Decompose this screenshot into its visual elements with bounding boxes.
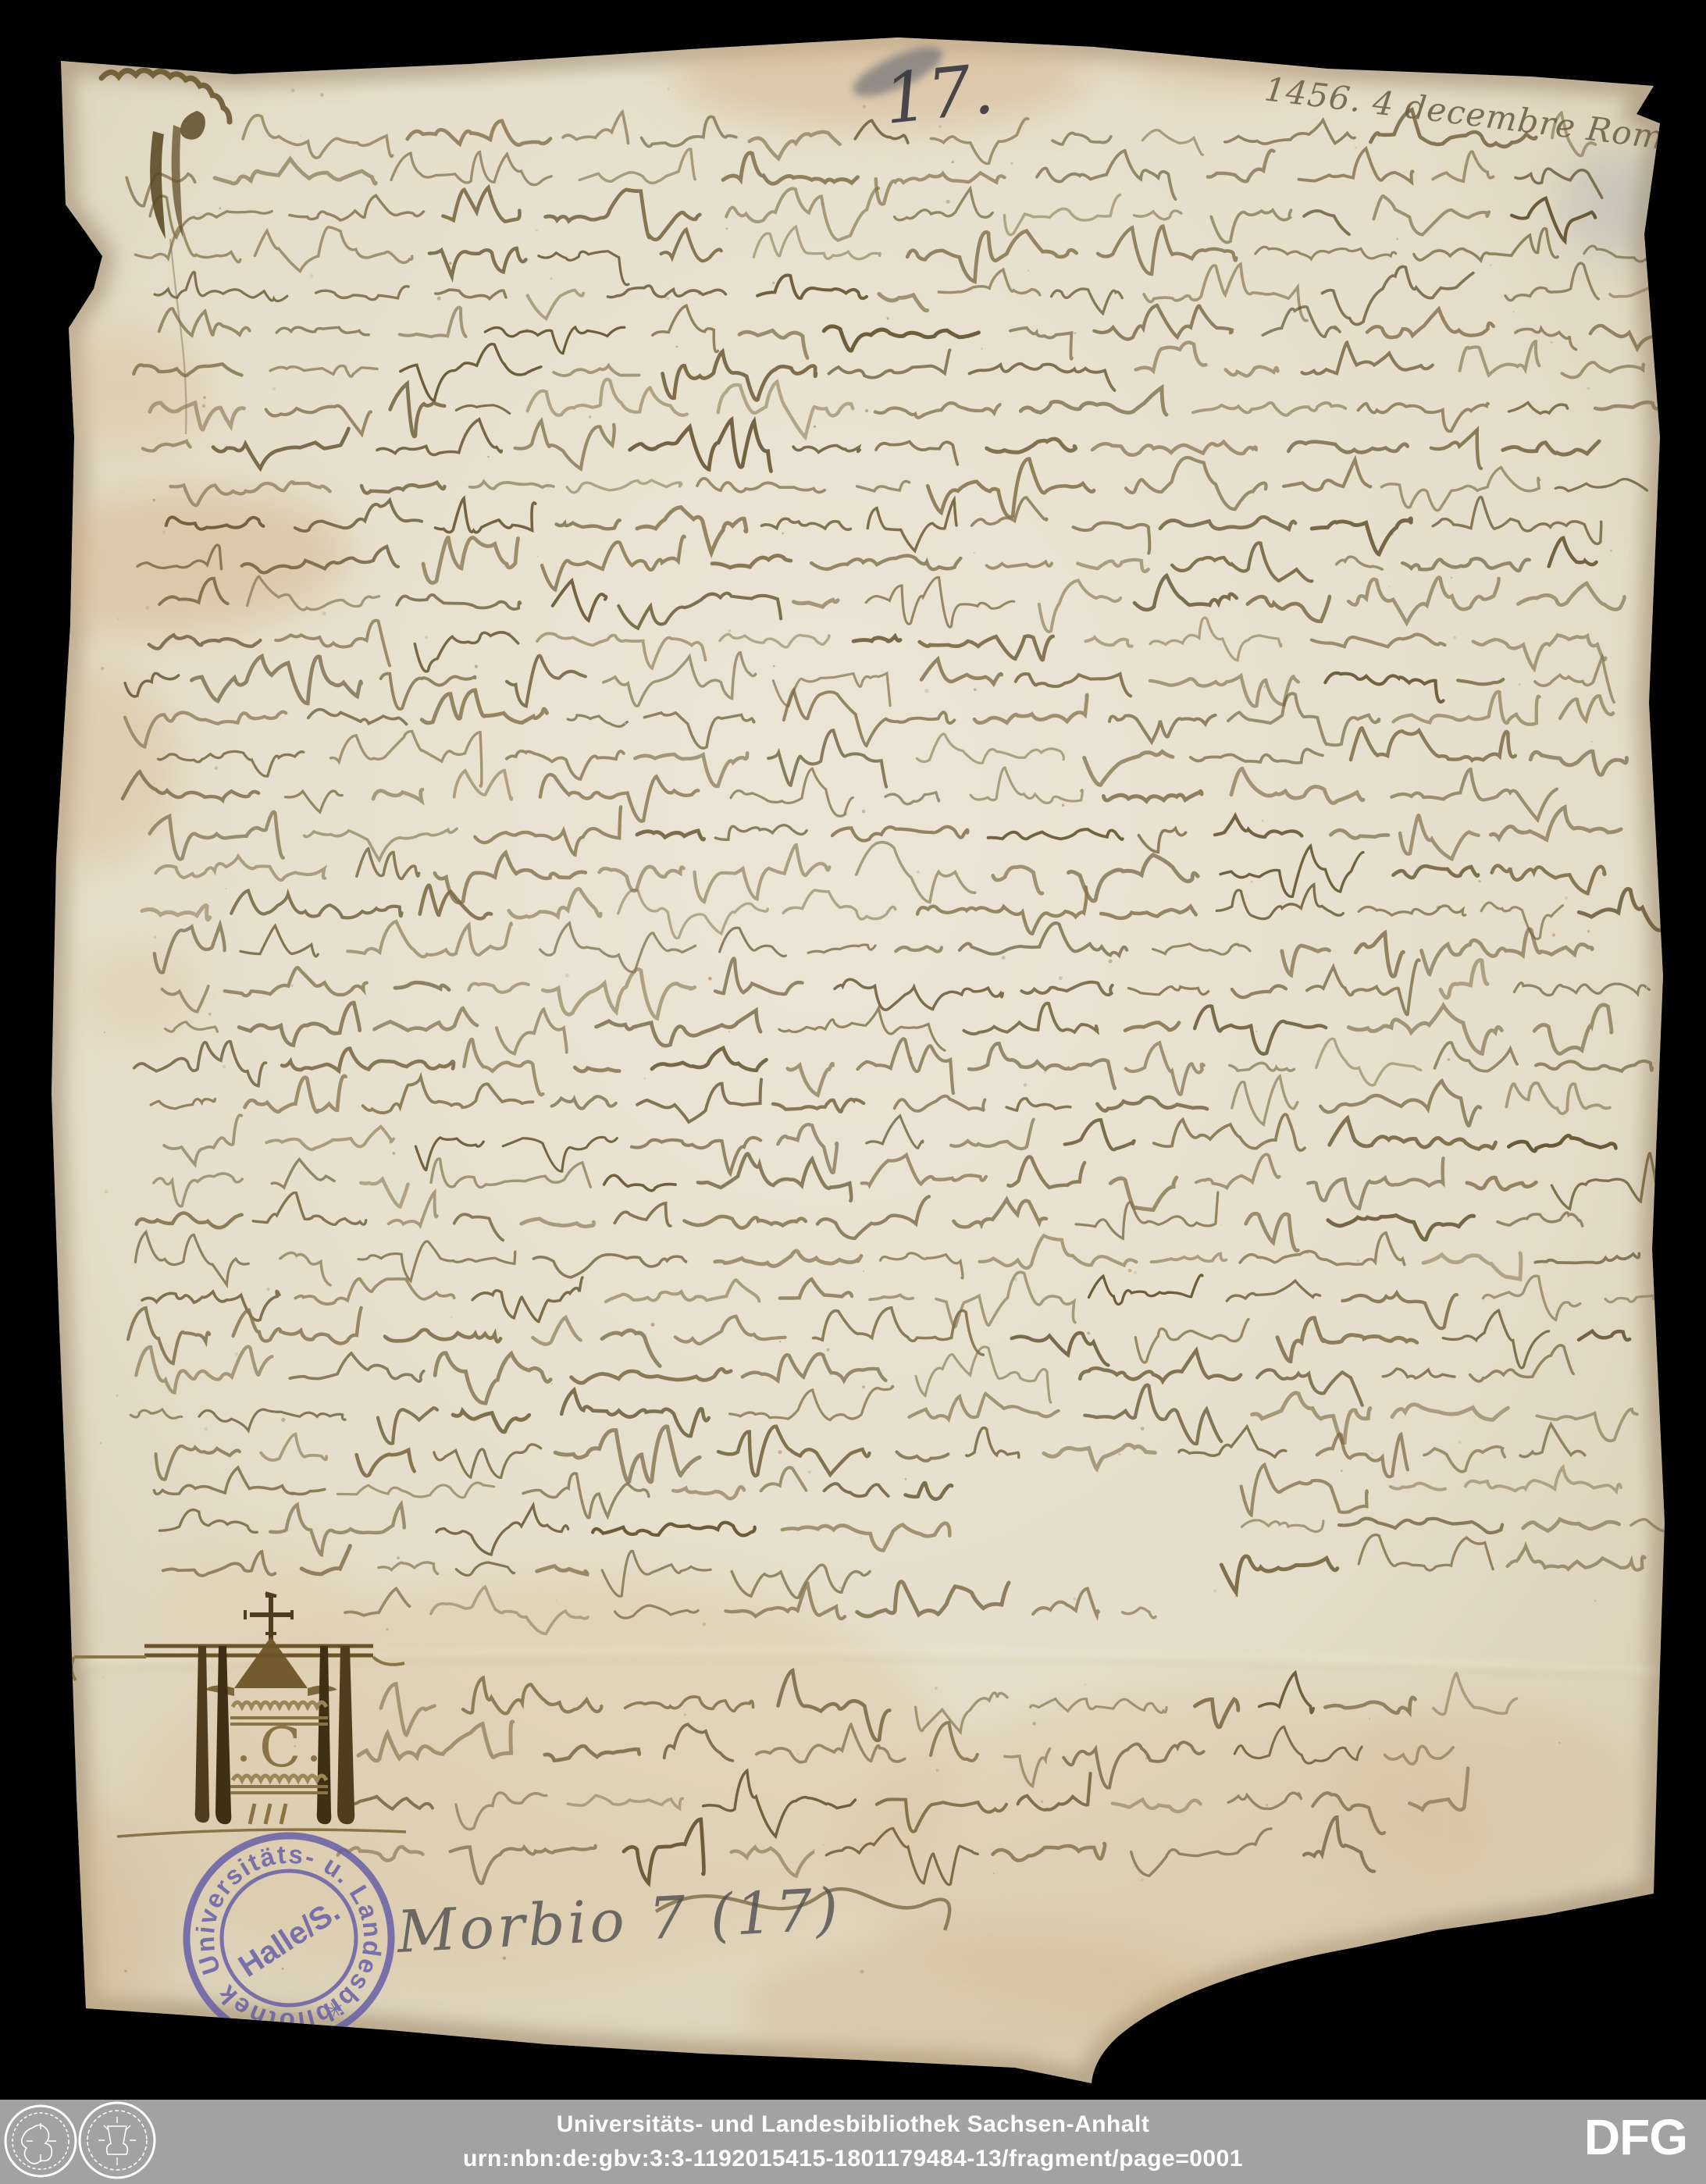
footer-title: Universitäts- und Landesbibliothek Sachs… [0, 2113, 1706, 2136]
university-seal-icon [5, 2106, 76, 2176]
archival-number: 17. [880, 48, 997, 140]
footer-bar: Universitäts- und Landesbibliothek Sachs… [0, 2100, 1706, 2184]
university-seal-icon [80, 2103, 155, 2178]
dfg-logo: DFG [1584, 2108, 1687, 2166]
footer-urn: urn:nbn:de:gbv:3:3-1192015415-1801179484… [0, 2147, 1706, 2171]
scan-viewport: C Universitäts- u. Landesbibliothek Hall… [0, 0, 1706, 2184]
university-seals [0, 2100, 180, 2184]
signum-letter: C [259, 1715, 301, 1780]
footer-text-block: Universitäts- und Landesbibliothek Sachs… [0, 2113, 1706, 2171]
manuscript-scan: C Universitäts- u. Landesbibliothek Hall… [0, 0, 1706, 2184]
